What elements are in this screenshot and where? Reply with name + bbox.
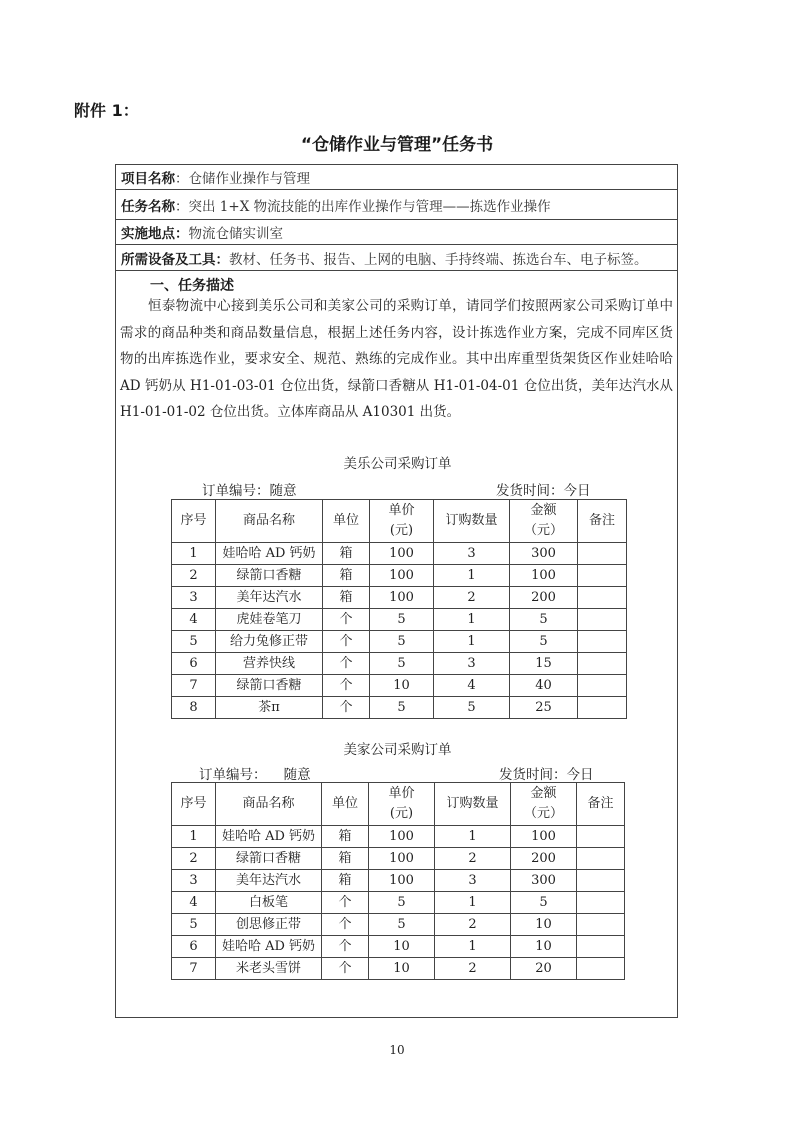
table-row: 6娃哈哈 AD 钙奶个10110: [172, 936, 625, 958]
table-header-row: 序号 商品名称 单位 单价(元) 订购数量 金额（元） 备注: [172, 500, 627, 543]
table-row: 6营养快线个5315: [172, 653, 627, 675]
location-value: 物流仓储实训室: [189, 222, 284, 242]
attachment-label: 附件 1：: [74, 98, 139, 121]
order-table-meile: 序号 商品名称 单位 单价(元) 订购数量 金额（元） 备注 1娃哈哈 AD 钙…: [171, 499, 627, 719]
order-number-meijia: 订单编号： 随意: [199, 763, 311, 783]
equipment-label: 所需设备及工具：: [121, 248, 229, 268]
equipment-value: 教材、任务书、报告、上网的电脑、手持终端、拣选台车、电子标签。: [229, 248, 648, 268]
task-value: 突出 1+X 物流技能的出库作业操作与管理——拣选作业操作: [189, 195, 551, 215]
task-sheet-table: 项目名称：仓储作业操作与管理 任务名称：突出 1+X 物流技能的出库作业操作与管…: [115, 164, 678, 1018]
table-row: 5创思修正带个5210: [172, 914, 625, 936]
table-header-row: 序号 商品名称 单位 单价(元) 订购数量 金额（元） 备注: [172, 783, 625, 826]
table-row: 2绿箭口香糖箱1001100: [172, 565, 627, 587]
project-value: 仓储作业操作与管理: [189, 167, 311, 187]
page-number: 10: [0, 1043, 794, 1057]
document-title: “仓储作业与管理”任务书: [0, 130, 794, 155]
order-table-meijia: 序号 商品名称 单位 单价(元) 订购数量 金额（元） 备注 1娃哈哈 AD 钙…: [171, 782, 625, 980]
project-label: 项目名称: [121, 167, 175, 187]
table-row: 1娃哈哈 AD 钙奶箱1001100: [172, 826, 625, 848]
info-row-location: 实施地点：物流仓储实训室: [116, 220, 677, 245]
table-row: 4虎娃卷笔刀个515: [172, 609, 627, 631]
section-heading: 一、任务描述: [150, 275, 234, 295]
ship-time-meijia: 发货时间：今日: [499, 763, 594, 783]
table-row: 3美年达汽水箱1003300: [172, 870, 625, 892]
ship-time-meile: 发货时间：今日: [496, 479, 591, 499]
table-row: 8茶π个5525: [172, 697, 627, 719]
task-description: 恒泰物流中心接到美乐公司和美家公司的采购订单，请同学们按照两家公司采购订单中需求…: [120, 293, 673, 426]
order-title-meijia: 美家公司采购订单: [116, 738, 679, 758]
order-title-meile: 美乐公司采购订单: [116, 452, 679, 472]
table-row: 4白板笔个515: [172, 892, 625, 914]
table-row: 7米老头雪饼个10220: [172, 958, 625, 980]
order-number-meile: 订单编号：随意: [202, 479, 297, 499]
task-label: 任务名称: [121, 195, 175, 215]
table-row: 3美年达汽水箱1002200: [172, 587, 627, 609]
table-row: 2绿箭口香糖箱1002200: [172, 848, 625, 870]
table-row: 5给力兔修正带个515: [172, 631, 627, 653]
info-row-task: 任务名称：突出 1+X 物流技能的出库作业操作与管理——拣选作业操作: [116, 190, 677, 220]
table-row: 7绿箭口香糖个10440: [172, 675, 627, 697]
info-row-equipment: 所需设备及工具：教材、任务书、报告、上网的电脑、手持终端、拣选台车、电子标签。: [116, 245, 677, 271]
location-label: 实施地点：: [121, 222, 189, 242]
info-row-project: 项目名称：仓储作业操作与管理: [116, 165, 677, 190]
table-row: 1娃哈哈 AD 钙奶箱1003300: [172, 543, 627, 565]
